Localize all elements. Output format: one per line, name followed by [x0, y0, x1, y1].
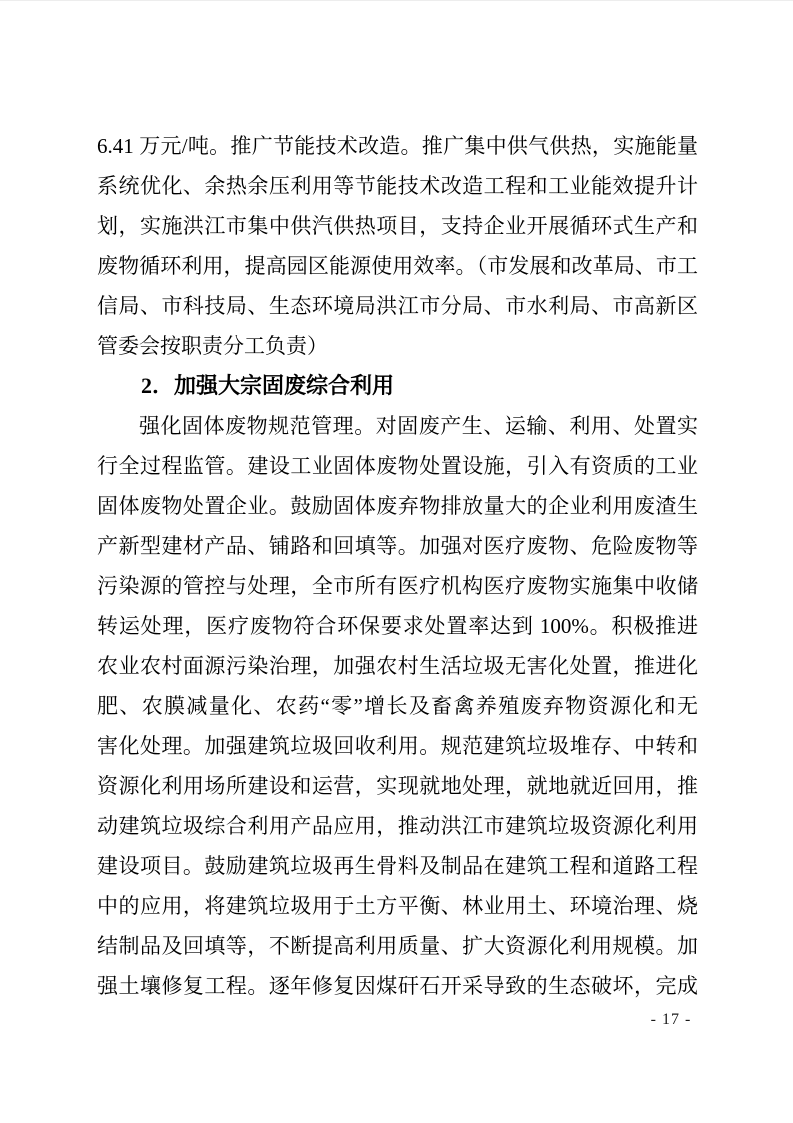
- text-line: 产新型建材产品、铺路和回填等。加强对医疗废物、危险废物等: [97, 526, 698, 566]
- text-line: 固体废物处置企业。鼓励固体废弃物排放量大的企业利用废渣生: [97, 486, 698, 526]
- text-line: 转运处理，医疗废物符合环保要求处置率达到 100%。积极推进: [97, 606, 698, 646]
- text-line: 强化固体废物规范管理。对固废产生、运输、利用、处置实: [97, 406, 698, 446]
- text-line: 污染源的管控与处理，全市所有医疗机构医疗废物实施集中收储: [97, 566, 698, 606]
- text-line: 废物循环利用，提高园区能源使用效率。（市发展和改革局、市工: [97, 246, 698, 286]
- text-line: 害化处理。加强建筑垃圾回收利用。规范建筑垃圾堆存、中转和: [97, 726, 698, 766]
- text-line: 6.41 万元/吨。推广节能技术改造。推广集中供气供热，实施能量: [97, 126, 698, 166]
- text-line: 结制品及回填等，不断提高利用质量、扩大资源化利用规模。加: [97, 926, 698, 966]
- text-line: 农业农村面源污染治理，加强农村生活垃圾无害化处置，推进化: [97, 646, 698, 686]
- text-line: 建设项目。鼓励建筑垃圾再生骨料及制品在建筑工程和道路工程: [97, 846, 698, 886]
- text-line: 资源化利用场所建设和运营，实现就地处理，就地就近回用，推: [97, 766, 698, 806]
- text-line: 肥、农膜减量化、农药“零”增长及畜禽养殖废弃物资源化和无: [97, 686, 698, 726]
- document-page: 6.41 万元/吨。推广节能技术改造。推广集中供气供热，实施能量系统优化、余热余…: [0, 0, 793, 1123]
- document-body: 6.41 万元/吨。推广节能技术改造。推广集中供气供热，实施能量系统优化、余热余…: [97, 126, 698, 1006]
- text-line: 信局、市科技局、生态环境局洪江市分局、市水利局、市高新区: [97, 286, 698, 326]
- text-line: 中的应用，将建筑垃圾用于土方平衡、林业用土、环境治理、烧: [97, 886, 698, 926]
- section-heading: 2．加强大宗固废综合利用: [97, 366, 698, 406]
- text-line: 管委会按职责分工负责）: [97, 326, 698, 366]
- text-line: 系统优化、余热余压利用等节能技术改造工程和工业能效提升计: [97, 166, 698, 206]
- text-line: 动建筑垃圾综合利用产品应用，推动洪江市建筑垃圾资源化利用: [97, 806, 698, 846]
- text-line: 行全过程监管。建设工业固体废物处置设施，引入有资质的工业: [97, 446, 698, 486]
- text-line: 划，实施洪江市集中供汽供热项目，支持企业开展循环式生产和: [97, 206, 698, 246]
- text-line: 强土壤修复工程。逐年修复因煤矸石开采导致的生态破坏，完成: [97, 966, 698, 1006]
- page-number: - 17 -: [641, 1009, 701, 1031]
